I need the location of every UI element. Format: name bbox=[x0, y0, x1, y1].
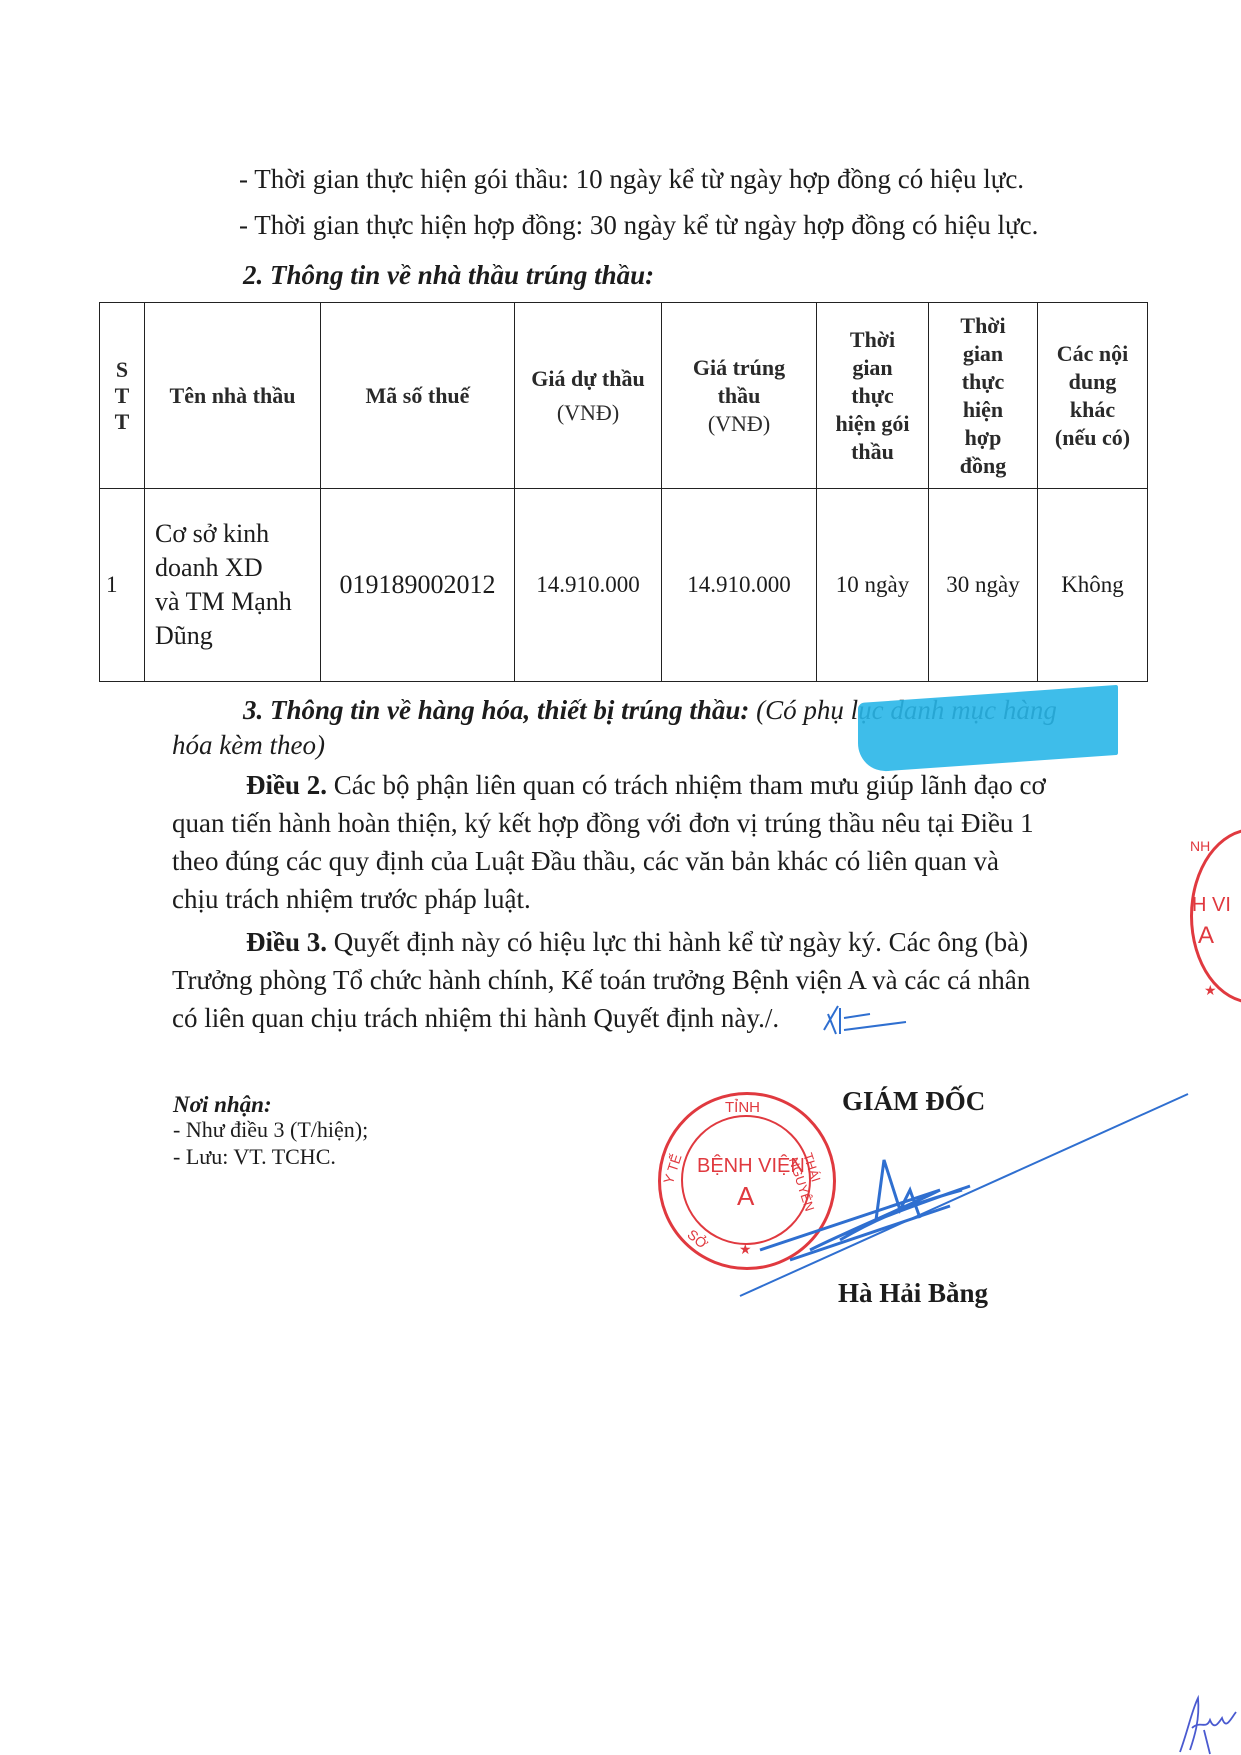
header-stt: STT bbox=[100, 303, 145, 489]
header-other: Các nộidungkhác(nếu có) bbox=[1038, 303, 1148, 489]
article3-line1: Điều 3. Quyết định này có hiệu lực thi h… bbox=[246, 929, 1028, 956]
recipient-item: - Lưu: VT. TCHC. bbox=[173, 1146, 336, 1168]
header-tax-code: Mã số thuế bbox=[321, 303, 515, 489]
table-header-row: STT Tên nhà thầu Mã số thuế Giá dự thầu(… bbox=[100, 303, 1148, 489]
recipients-heading: Nơi nhận: bbox=[173, 1093, 272, 1116]
table-row: 1 Cơ sở kinhdoanh XDvà TM MạnhDũng 01918… bbox=[100, 489, 1148, 682]
cell-contractor: Cơ sở kinhdoanh XDvà TM MạnhDũng bbox=[145, 489, 321, 682]
cell-contract-time: 30 ngày bbox=[929, 489, 1038, 682]
recipient-item: - Như điều 3 (T/hiện); bbox=[173, 1119, 368, 1141]
package-duration-line: - Thời gian thực hiện gói thầu: 10 ngày … bbox=[239, 166, 1024, 193]
article2-line4: chịu trách nhiệm trước pháp luật. bbox=[172, 886, 531, 913]
cell-tax-code: 019189002012 bbox=[321, 489, 515, 682]
article3-text1: Quyết định này có hiệu lực thi hành kể t… bbox=[327, 927, 1028, 957]
edge-stamp-line3: A bbox=[1198, 922, 1214, 950]
corner-initials-icon bbox=[1170, 1690, 1241, 1755]
article2-line1: Điều 2. Các bộ phận liên quan có trách n… bbox=[246, 772, 1046, 799]
header-package-time: Thờigianthựchiện góithầu bbox=[817, 303, 929, 489]
cell-bid-price: 14.910.000 bbox=[515, 489, 662, 682]
article2-label: Điều 2. bbox=[246, 770, 327, 800]
director-signature-icon bbox=[700, 1090, 1200, 1300]
article2-line3: theo đúng các quy định của Luật Đầu thầu… bbox=[172, 848, 999, 875]
edge-stamp-line2: H VI bbox=[1192, 894, 1231, 917]
edge-stamp-line1: NH bbox=[1190, 838, 1210, 854]
article3-label: Điều 3. bbox=[246, 927, 327, 957]
edge-stamp: NH H VI A ★ bbox=[1180, 822, 1241, 1012]
cell-winning-price: 14.910.000 bbox=[662, 489, 817, 682]
article3-line2: Trưởng phòng Tổ chức hành chính, Kế toán… bbox=[172, 967, 1030, 994]
cell-stt: 1 bbox=[100, 489, 145, 682]
contract-duration-line: - Thời gian thực hiện hợp đồng: 30 ngày … bbox=[239, 212, 1038, 239]
article3-line3: có liên quan chịu trách nhiệm thi hành Q… bbox=[172, 1005, 779, 1032]
header-contractor: Tên nhà thầu bbox=[145, 303, 321, 489]
initials-mark-icon bbox=[810, 1000, 920, 1040]
header-winning-price: Giá trúngthầu(VNĐ) bbox=[662, 303, 817, 489]
section2-heading: 2. Thông tin về nhà thầu trúng thầu: bbox=[243, 262, 654, 289]
header-contract-time: Thờigianthựchiệnhợpđồng bbox=[929, 303, 1038, 489]
article2-text1: Các bộ phận liên quan có trách nhiệm tha… bbox=[327, 770, 1046, 800]
cell-other: Không bbox=[1038, 489, 1148, 682]
article2-line2: quan tiến hành hoàn thiện, ký kết hợp đồ… bbox=[172, 810, 1034, 837]
cell-package-time: 10 ngày bbox=[817, 489, 929, 682]
section3-line2: hóa kèm theo) bbox=[172, 732, 325, 759]
section3-heading: 3. Thông tin về hàng hóa, thiết bị trúng… bbox=[243, 695, 749, 725]
edge-stamp-star-icon: ★ bbox=[1204, 982, 1217, 999]
header-bid-price: Giá dự thầu(VNĐ) bbox=[515, 303, 662, 489]
contractor-table: STT Tên nhà thầu Mã số thuế Giá dự thầu(… bbox=[99, 302, 1148, 682]
